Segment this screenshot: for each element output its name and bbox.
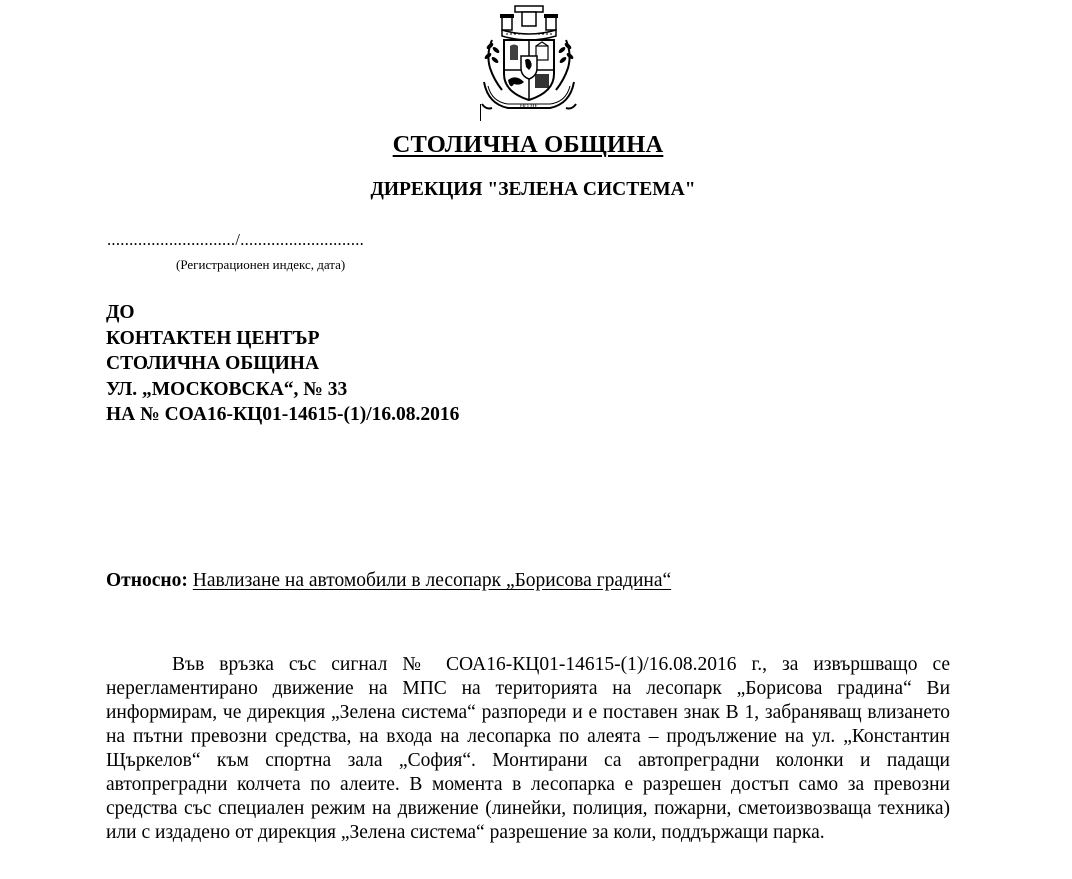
- body-paragraph: Във връзка със сигнал № СОА16-КЦ01-14615…: [106, 653, 950, 846]
- registration-index-caption: (Регистрационен индекс, дата): [176, 257, 345, 273]
- addressee-line: УЛ. „МОСКОВСКА“, № 33: [106, 377, 459, 403]
- department-title: ДИРЕКЦИЯ "ЗЕЛЕНА СИСТЕМА": [0, 179, 1066, 201]
- svg-text:НО НЕ: НО НЕ: [520, 104, 538, 110]
- subject-line: Относно: Навлизане на автомобили в лесоп…: [106, 570, 671, 592]
- addressee-line: КОНТАКТЕН ЦЕНТЪР: [106, 326, 459, 352]
- subject-text: Навлизане на автомобили в лесопарк „Бори…: [193, 570, 671, 591]
- registration-index-placeholder: ............................./..........…: [107, 230, 364, 250]
- addressee-block: ДО КОНТАКТЕН ЦЕНТЪР СТОЛИЧНА ОБЩИНА УЛ. …: [106, 300, 459, 428]
- addressee-line: СТОЛИЧНА ОБЩИНА: [106, 351, 459, 377]
- organization-title: СТОЛИЧНА ОБЩИНА: [0, 131, 1056, 159]
- addressee-line: ДО: [106, 300, 459, 326]
- sofia-coat-of-arms-icon: НО НЕ: [478, 4, 580, 114]
- subject-label: Относно:: [106, 570, 188, 591]
- addressee-reference-line: НА № СОА16-КЦ01-14615-(1)/16.08.2016: [106, 402, 459, 428]
- text-cursor: [480, 104, 481, 121]
